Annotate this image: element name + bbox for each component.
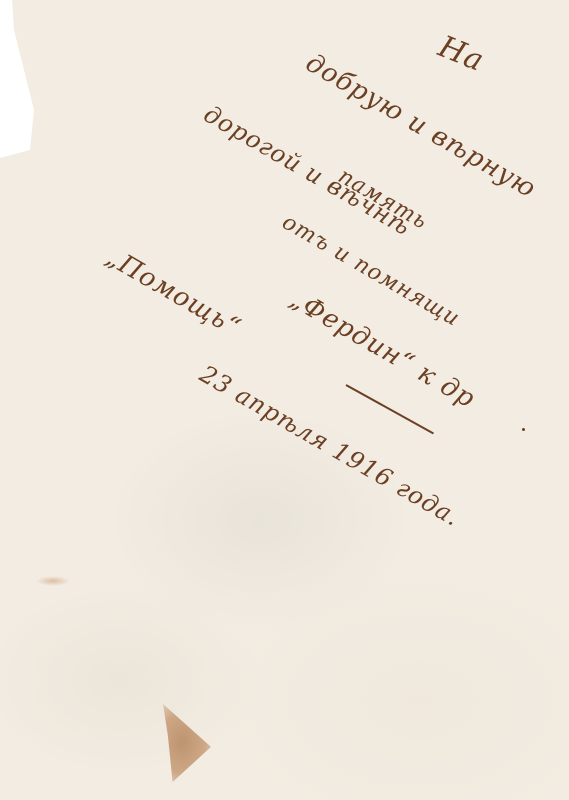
paper-spot (36, 576, 70, 586)
ink-dot (522, 428, 525, 431)
paper-sheet (0, 0, 569, 800)
